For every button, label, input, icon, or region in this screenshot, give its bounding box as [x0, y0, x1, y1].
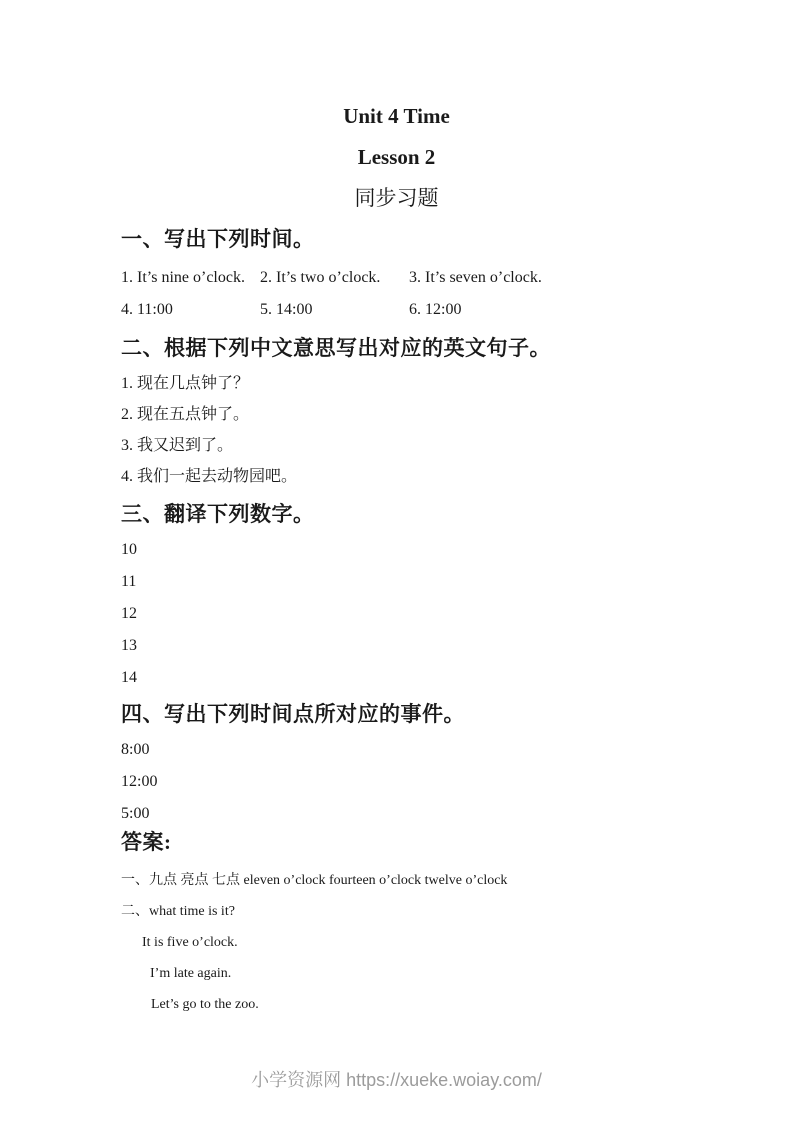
section4-item-2: 12:00	[121, 766, 703, 798]
document-body: 一、写出下列时间。 1. It’s nine o’clock. 2. It’s …	[121, 219, 703, 1020]
document-title-block: Unit 4 Time Lesson 2 同步习题	[0, 0, 793, 219]
question-5: 5. 14:00	[260, 294, 409, 326]
section3-item-1: 10	[121, 534, 703, 566]
section1-row1: 1. It’s nine o’clock. 2. It’s two o’cloc…	[121, 262, 703, 294]
question-4: 4. 11:00	[121, 294, 260, 326]
section3-item-4: 13	[121, 630, 703, 662]
worksheet-page: Unit 4 Time Lesson 2 同步习题 一、写出下列时间。 1. I…	[0, 0, 793, 1122]
section2-item-4: 4. 我们一起去动物园吧。	[121, 461, 703, 492]
section3-item-5: 14	[121, 662, 703, 694]
answer-line-1: 一、九点 亮点 七点 eleven o’clock fourteen o’clo…	[121, 865, 703, 896]
question-2: 2. It’s two o’clock.	[260, 262, 409, 294]
section1-row2: 4. 11:00 5. 14:00 6. 12:00	[121, 294, 703, 326]
answer-line-4: I’m late again.	[121, 958, 703, 989]
section4-heading: 四、写出下列时间点所对应的事件。	[121, 694, 703, 734]
section2-item-1: 1. 现在几点钟了？	[121, 368, 703, 399]
section2-item-3: 3. 我又迟到了。	[121, 430, 703, 461]
answer-line-5: Let’s go to the zoo.	[121, 989, 703, 1020]
doc-title-subtitle: 同步习题	[0, 178, 793, 219]
section2-item-2: 2. 现在五点钟了。	[121, 399, 703, 430]
question-1: 1. It’s nine o’clock.	[121, 262, 260, 294]
section4-item-1: 8:00	[121, 734, 703, 766]
answers-heading: 答案:	[121, 822, 703, 862]
section3-item-3: 12	[121, 598, 703, 630]
footer-watermark: 小学资源网 https://xueke.woiay.com/	[0, 1064, 793, 1096]
answer-line-2: 二、what time is it?	[121, 896, 703, 927]
answer-line-3: It is five o’clock.	[121, 927, 703, 958]
doc-title-unit: Unit 4 Time	[0, 96, 793, 137]
section1-heading: 一、写出下列时间。	[121, 219, 703, 259]
doc-title-lesson: Lesson 2	[0, 137, 793, 178]
question-6: 6. 12:00	[409, 294, 703, 326]
section2-heading: 二、根据下列中文意思写出对应的英文句子。	[121, 328, 703, 368]
section3-heading: 三、翻译下列数字。	[121, 494, 703, 534]
section3-item-2: 11	[121, 566, 703, 598]
question-3: 3. It’s seven o’clock.	[409, 262, 703, 294]
